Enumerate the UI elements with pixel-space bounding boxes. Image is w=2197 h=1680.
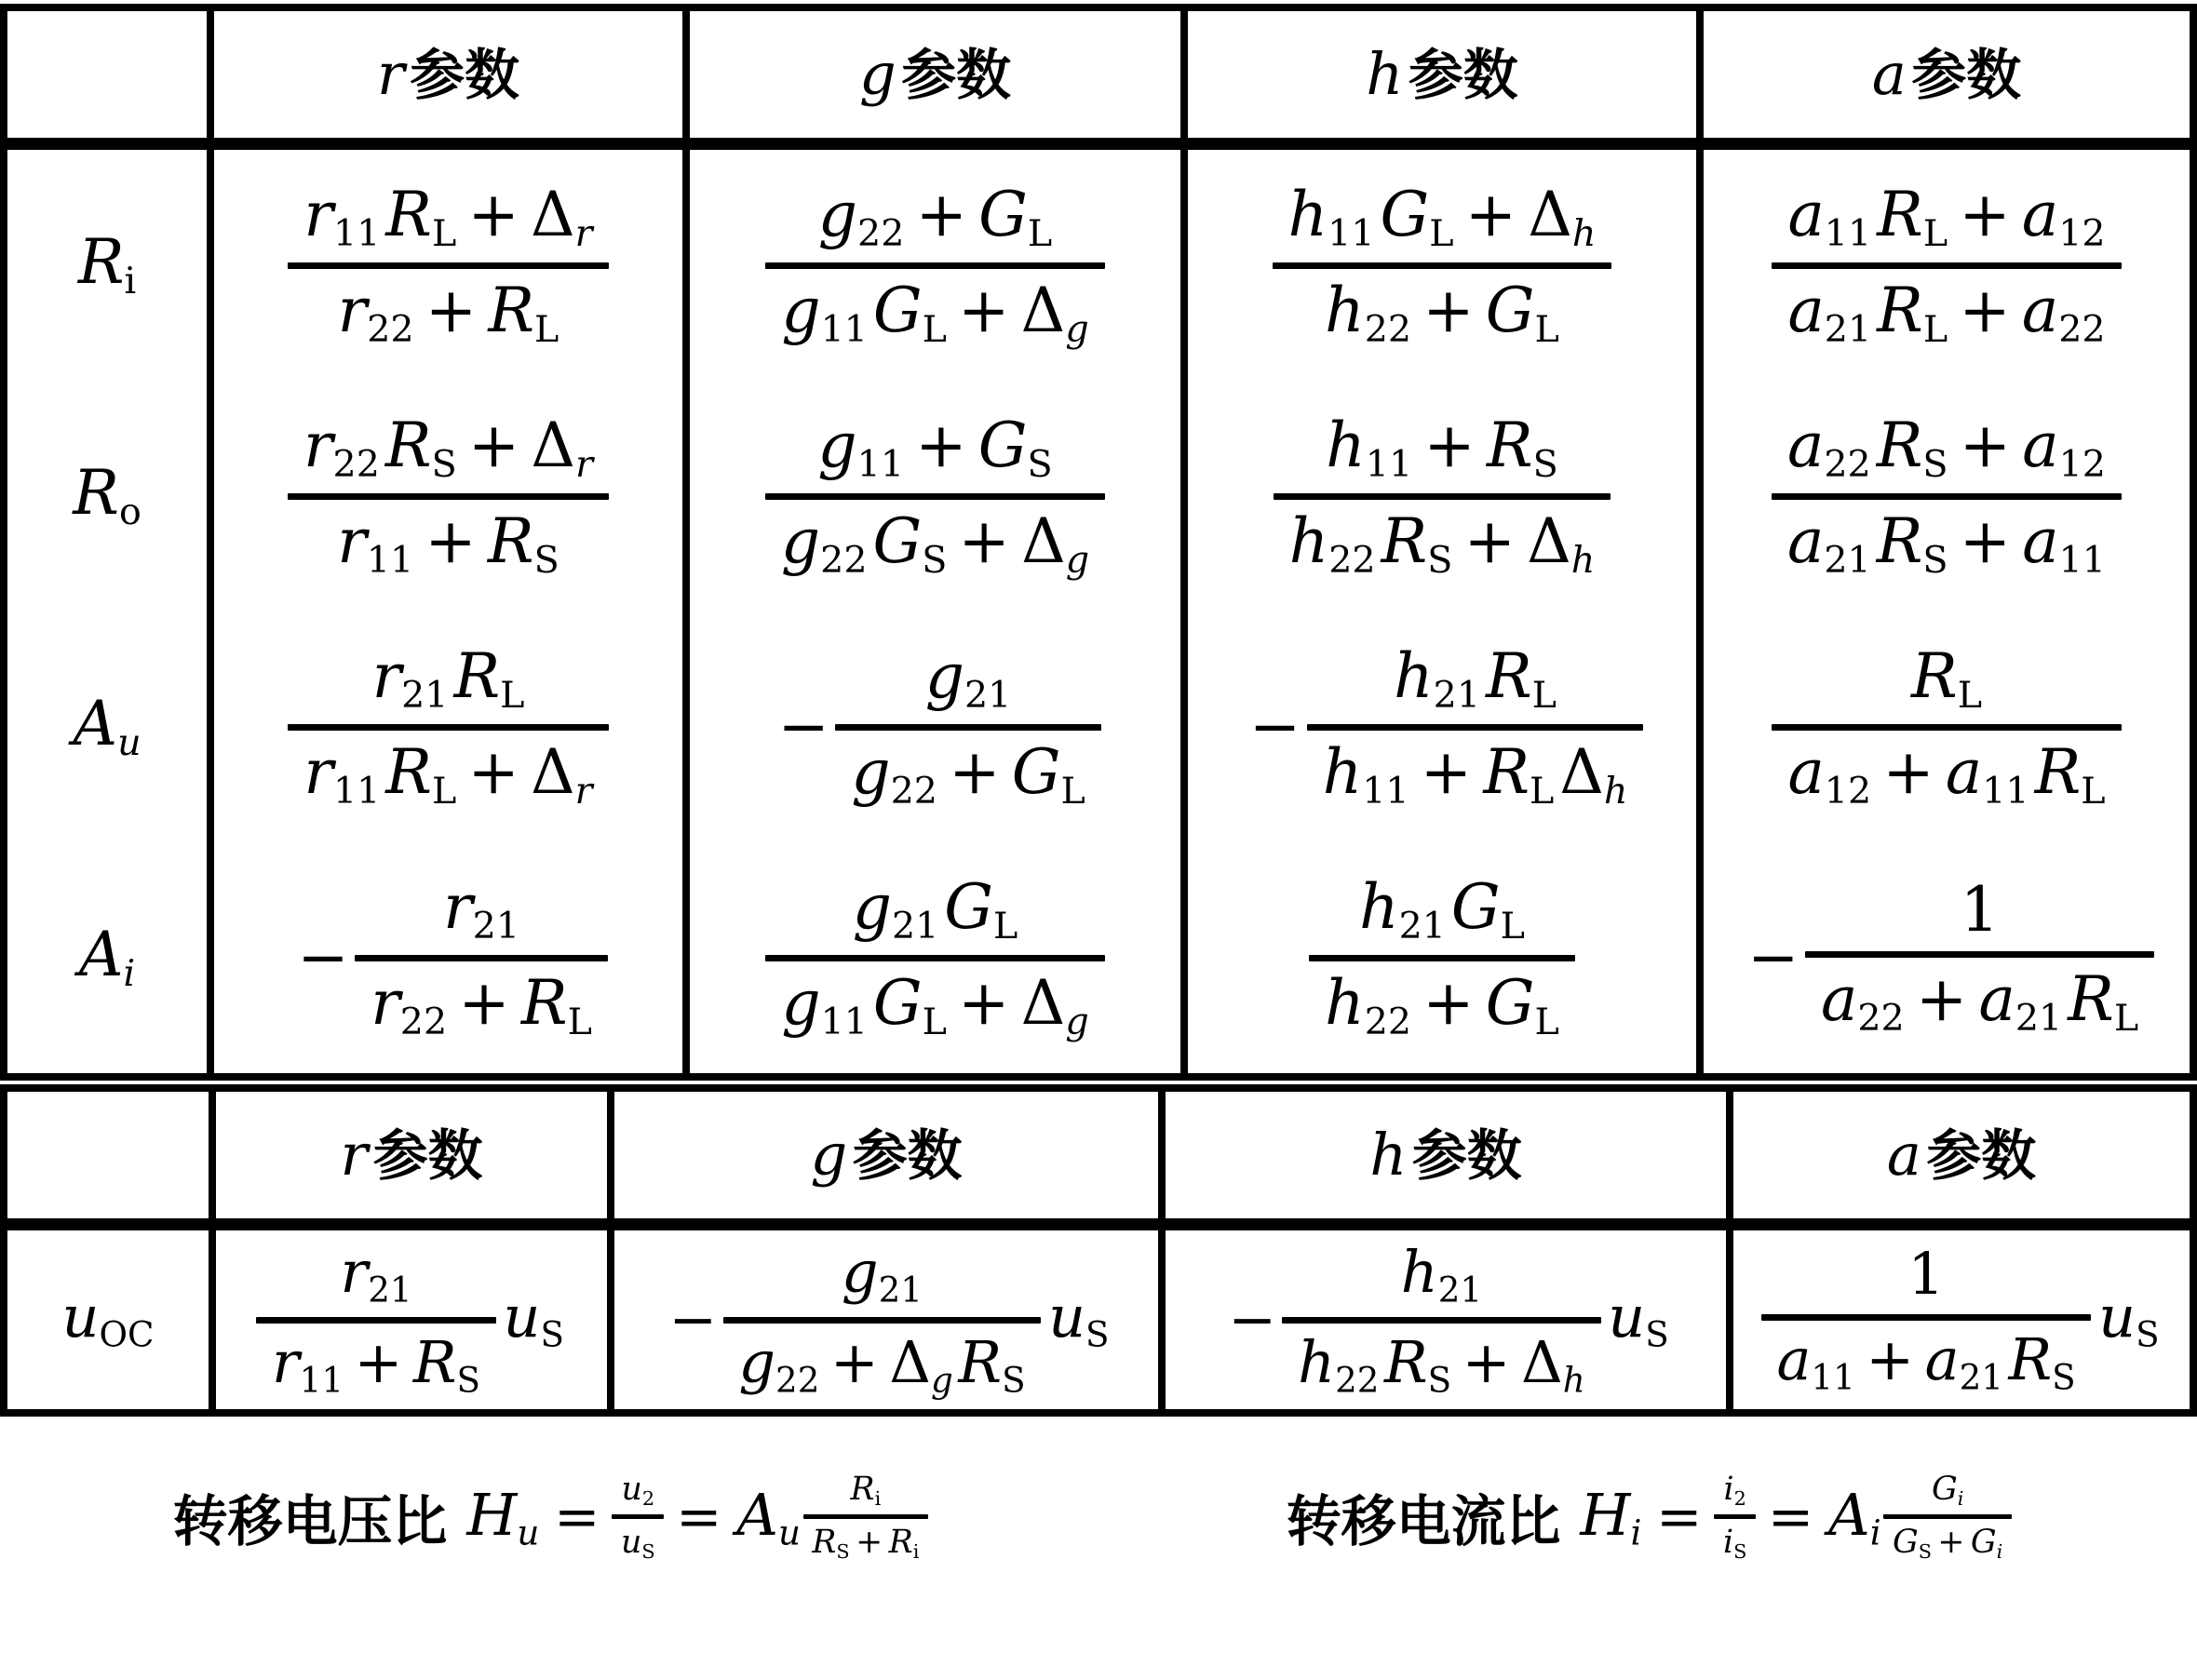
row-label-Ai: Ai: [4, 842, 210, 1077]
table1-corner-cell: [4, 7, 210, 144]
formula-Ri-r: r11RL+Δrr22+RL: [288, 181, 608, 350]
parameter-formula-table: r参数 g参数 h参数 a参数 Ri r11RL+Δrr22+RL g22+GL…: [0, 4, 2197, 1081]
table1-header-g: g参数: [686, 7, 1184, 144]
equals-sign: =: [1656, 1485, 1702, 1549]
table2-header-row: r参数 g参数 h参数 a参数: [4, 1088, 2193, 1225]
header-label-h: h参数: [1364, 40, 1521, 108]
header-label-g: g参数: [856, 40, 1014, 108]
cell-Ai-h: h21GLh22+GL: [1184, 842, 1700, 1077]
formula-Ai-h: h21GLh22+GL: [1309, 874, 1575, 1042]
cell-Au-h: −h21RLh11+RLΔh: [1184, 612, 1700, 842]
table2-header-g: g参数: [611, 1088, 1162, 1225]
formula-Ri-h: h11GL+Δhh22+GL: [1273, 181, 1612, 350]
cell-Ro-r: r22RS+Δrr11+RS: [210, 381, 686, 612]
note-fraction-u2-uS: u2uS: [612, 1471, 664, 1563]
table2-corner-cell: [4, 1088, 212, 1225]
cell-Ro-h: h11+RSh22RS+Δh: [1184, 381, 1700, 612]
cell-Au-a: RLa12+a11RL: [1700, 612, 2193, 842]
cell-Ai-g: g21GLg11GL+Δg: [686, 842, 1184, 1077]
table1-header-a: a参数: [1700, 7, 2193, 144]
cell-Ri-r: r11RL+Δrr22+RL: [210, 144, 686, 382]
cell-Ri-g: g22+GLg11GL+Δg: [686, 144, 1184, 382]
note-fraction-i2-iS: i2iS: [1714, 1471, 1755, 1563]
equals-sign: =: [676, 1485, 721, 1549]
header-label-r: r参数: [338, 1121, 486, 1189]
table2-header-r: r参数: [212, 1088, 611, 1225]
cell-Au-g: −g21g22+GL: [686, 612, 1184, 842]
formula-Ro-r: r22RS+Δrr11+RS: [288, 412, 609, 581]
note-symbol-Hi: Hi: [1578, 1481, 1645, 1552]
note-fraction-Gi: GiGS+Gi: [1883, 1471, 2011, 1563]
formula-Ai-a: −1a22+a21RL: [1739, 877, 2154, 1039]
note-prefix-voltage: 转移电压比: [170, 1477, 450, 1556]
header-label-a: a参数: [1884, 1121, 2039, 1189]
row-label-Au: Au: [4, 612, 210, 842]
cell-Ai-r: −r21r22+RL: [210, 842, 686, 1077]
formula-Ri-g: g22+GLg11GL+Δg: [765, 181, 1104, 350]
table1-header-row: r参数 g参数 h参数 a参数: [4, 7, 2193, 144]
header-label-r: r参数: [374, 40, 522, 108]
formula-Ro-h: h11+RSh22RS+Δh: [1274, 412, 1611, 581]
cell-uOC-h: −h21h22RS+ΔhuS: [1162, 1225, 1730, 1414]
formula-Au-h: −h21RLh11+RLΔh: [1241, 643, 1644, 812]
formula-Au-a: RLa12+a11RL: [1772, 643, 2121, 812]
note-fraction-Ri: RiRS+Ri: [803, 1471, 928, 1563]
table2-header-h: h参数: [1162, 1088, 1730, 1225]
formula-Ai-g: g21GLg11GL+Δg: [765, 874, 1104, 1042]
cell-Au-r: r21RLr11RL+Δr: [210, 612, 686, 842]
formula-uOC-a: 1a11+a21RSuS: [1761, 1243, 2163, 1396]
formula-uOC-r: r21r11+RSuS: [256, 1242, 567, 1398]
formula-Ro-a: a22RS+a12a21RS+a11: [1772, 412, 2122, 581]
cell-uOC-a: 1a11+a21RSuS: [1730, 1225, 2193, 1414]
header-label-a: a参数: [1869, 40, 2024, 108]
cell-Ai-a: −1a22+a21RL: [1700, 842, 2193, 1077]
open-circuit-voltage-table: r参数 g参数 h参数 a参数 uOC r21r11+RSuS −g21g22+…: [0, 1084, 2197, 1417]
row-label-Ro: Ro: [4, 381, 210, 612]
cell-Ro-g: g11+GSg22GS+Δg: [686, 381, 1184, 612]
cell-Ro-a: a22RS+a12a21RS+a11: [1700, 381, 2193, 612]
formula-Au-g: −g21g22+GL: [769, 643, 1100, 812]
table-row-Au: Au r21RLr11RL+Δr −g21g22+GL −h21RLh11+RL…: [4, 612, 2193, 842]
cell-Ri-h: h11GL+Δhh22+GL: [1184, 144, 1700, 382]
equals-sign: =: [1768, 1485, 1813, 1549]
table-row-Ai: Ai −r21r22+RL g21GLg11GL+Δg h21GLh22+GL …: [4, 842, 2193, 1077]
transfer-voltage-ratio-note: 转移电压比 Hu = u2uS = Au RiRS+Ri: [0, 1471, 1098, 1563]
formula-Ri-a: a11RL+a12a21RL+a22: [1772, 181, 2121, 350]
row-label-uOC: uOC: [4, 1225, 212, 1414]
header-label-h: h参数: [1368, 1121, 1525, 1189]
cell-Ri-a: a11RL+a12a21RL+a22: [1700, 144, 2193, 382]
formula-Ai-r: −r21r22+RL: [289, 874, 608, 1042]
formula-Au-r: r21RLr11RL+Δr: [288, 643, 608, 812]
note-prefix-current: 转移电流比: [1284, 1477, 1563, 1556]
cell-uOC-g: −g21g22+ΔgRSuS: [611, 1225, 1162, 1414]
formula-Ro-g: g11+GSg22GS+Δg: [765, 412, 1105, 581]
transfer-current-ratio-note: 转移电流比 Hi = i2iS = Ai GiGS+Gi: [1098, 1471, 2197, 1563]
table1-header-h: h参数: [1184, 7, 1700, 144]
equals-sign: =: [554, 1485, 600, 1549]
formula-uOC-h: −h21h22RS+ΔhuS: [1220, 1242, 1672, 1398]
table-row-Ri: Ri r11RL+Δrr22+RL g22+GLg11GL+Δg h11GL+Δ…: [4, 144, 2193, 382]
table-row-Ro: Ro r22RS+Δrr11+RS g11+GSg22GS+Δg h11+RSh…: [4, 381, 2193, 612]
cell-uOC-r: r21r11+RSuS: [212, 1225, 611, 1414]
note-symbol-Hu: Hu: [465, 1481, 543, 1552]
footnotes: 转移电压比 Hu = u2uS = Au RiRS+Ri 转移电流比 Hi = …: [0, 1471, 2197, 1563]
note-symbol-Au: Au: [734, 1481, 802, 1552]
header-label-g: g参数: [808, 1121, 965, 1189]
table2-header-a: a参数: [1730, 1088, 2193, 1225]
page-root: { "table1": { "headers": ["r 参数", "g 参数"…: [0, 0, 2197, 1680]
table-row-uOC: uOC r21r11+RSuS −g21g22+ΔgRSuS −h21h22RS…: [4, 1225, 2193, 1414]
row-label-Ri: Ri: [4, 144, 210, 382]
table1-header-r: r参数: [210, 7, 686, 144]
formula-uOC-g: −g21g22+ΔgRSuS: [661, 1242, 1112, 1398]
note-symbol-Ai: Ai: [1826, 1481, 1883, 1552]
